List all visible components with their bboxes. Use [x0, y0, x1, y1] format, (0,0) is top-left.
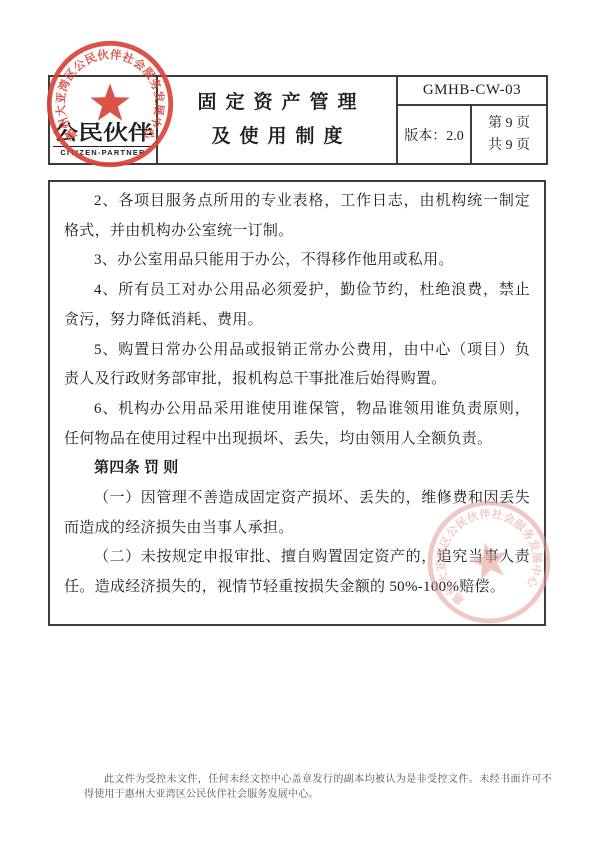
document-title-line2: 及使用制度: [202, 120, 351, 154]
logo-cell: 公民伙伴 CITIZEN-PARTNER: [50, 77, 158, 163]
doc-meta-bottom: 版本：2.0 第 9 页 共 9 页: [398, 106, 546, 163]
paragraph: （一）因管理不善造成固定资产损坏、丢失的，维修费和因丢失而造成的经济损失由当事人…: [64, 484, 530, 543]
paragraph: 3、办公室用品只能用于办公，不得移作他用或私用。: [64, 246, 530, 276]
footer-control-note: 此文件为受控未文件，任何未经文控中心盖章发行的副本均被认为是非受控文件。未经书面…: [84, 772, 552, 802]
page-current: 第 9 页: [488, 113, 530, 135]
page-total: 共 9 页: [488, 135, 530, 157]
paragraph: 6、机构办公用品采用谁使用谁保管，物品谁领用谁负责原则，任何物品在使用过程中出现…: [64, 395, 530, 454]
document-title: 固定资产管理 及使用制度: [158, 77, 398, 163]
paragraph: 2、各项目服务点所用的专业表格，工作日志，由机构统一制定格式，并由机构办公室统一…: [64, 187, 530, 246]
paragraph: 5、购置日常办公用品或报销正常办公费用，由中心（项目）负责人及行政财务部审批，报…: [64, 336, 530, 395]
doc-code: GMHB-CW-03: [398, 77, 546, 106]
document-title-line1: 固定资产管理: [188, 86, 365, 120]
header-table: 公民伙伴 CITIZEN-PARTNER 固定资产管理 及使用制度 GMHB-C…: [48, 75, 548, 165]
scanned-document-page: 惠州大亚湾区公民伙伴社会服务发展中心 公民伙伴 CITIZEN-PARTNER …: [0, 0, 600, 848]
doc-meta-cell: GMHB-CW-03 版本：2.0 第 9 页 共 9 页: [398, 77, 546, 163]
org-logo-english: CITIZEN-PARTNER: [53, 146, 153, 157]
section-heading: 第四条 罚 则: [64, 454, 530, 484]
org-logo: 公民伙伴 CITIZEN-PARTNER: [53, 120, 153, 157]
paragraph: （二）未按规定申报审批、擅自购置固定资产的，追究当事人责任。造成经济损失的，视情…: [64, 543, 530, 602]
doc-version: 版本：2.0: [398, 106, 472, 163]
document-body: 2、各项目服务点所用的专业表格，工作日志，由机构统一制定格式，并由机构办公室统一…: [48, 180, 546, 626]
org-logo-chinese: 公民伙伴: [53, 122, 153, 143]
page-info: 第 9 页 共 9 页: [472, 106, 546, 163]
paragraph: 4、所有员工对办公用品必须爱护，勤俭节约，杜绝浪费，禁止贪污，努力降低消耗、费用…: [64, 276, 530, 335]
